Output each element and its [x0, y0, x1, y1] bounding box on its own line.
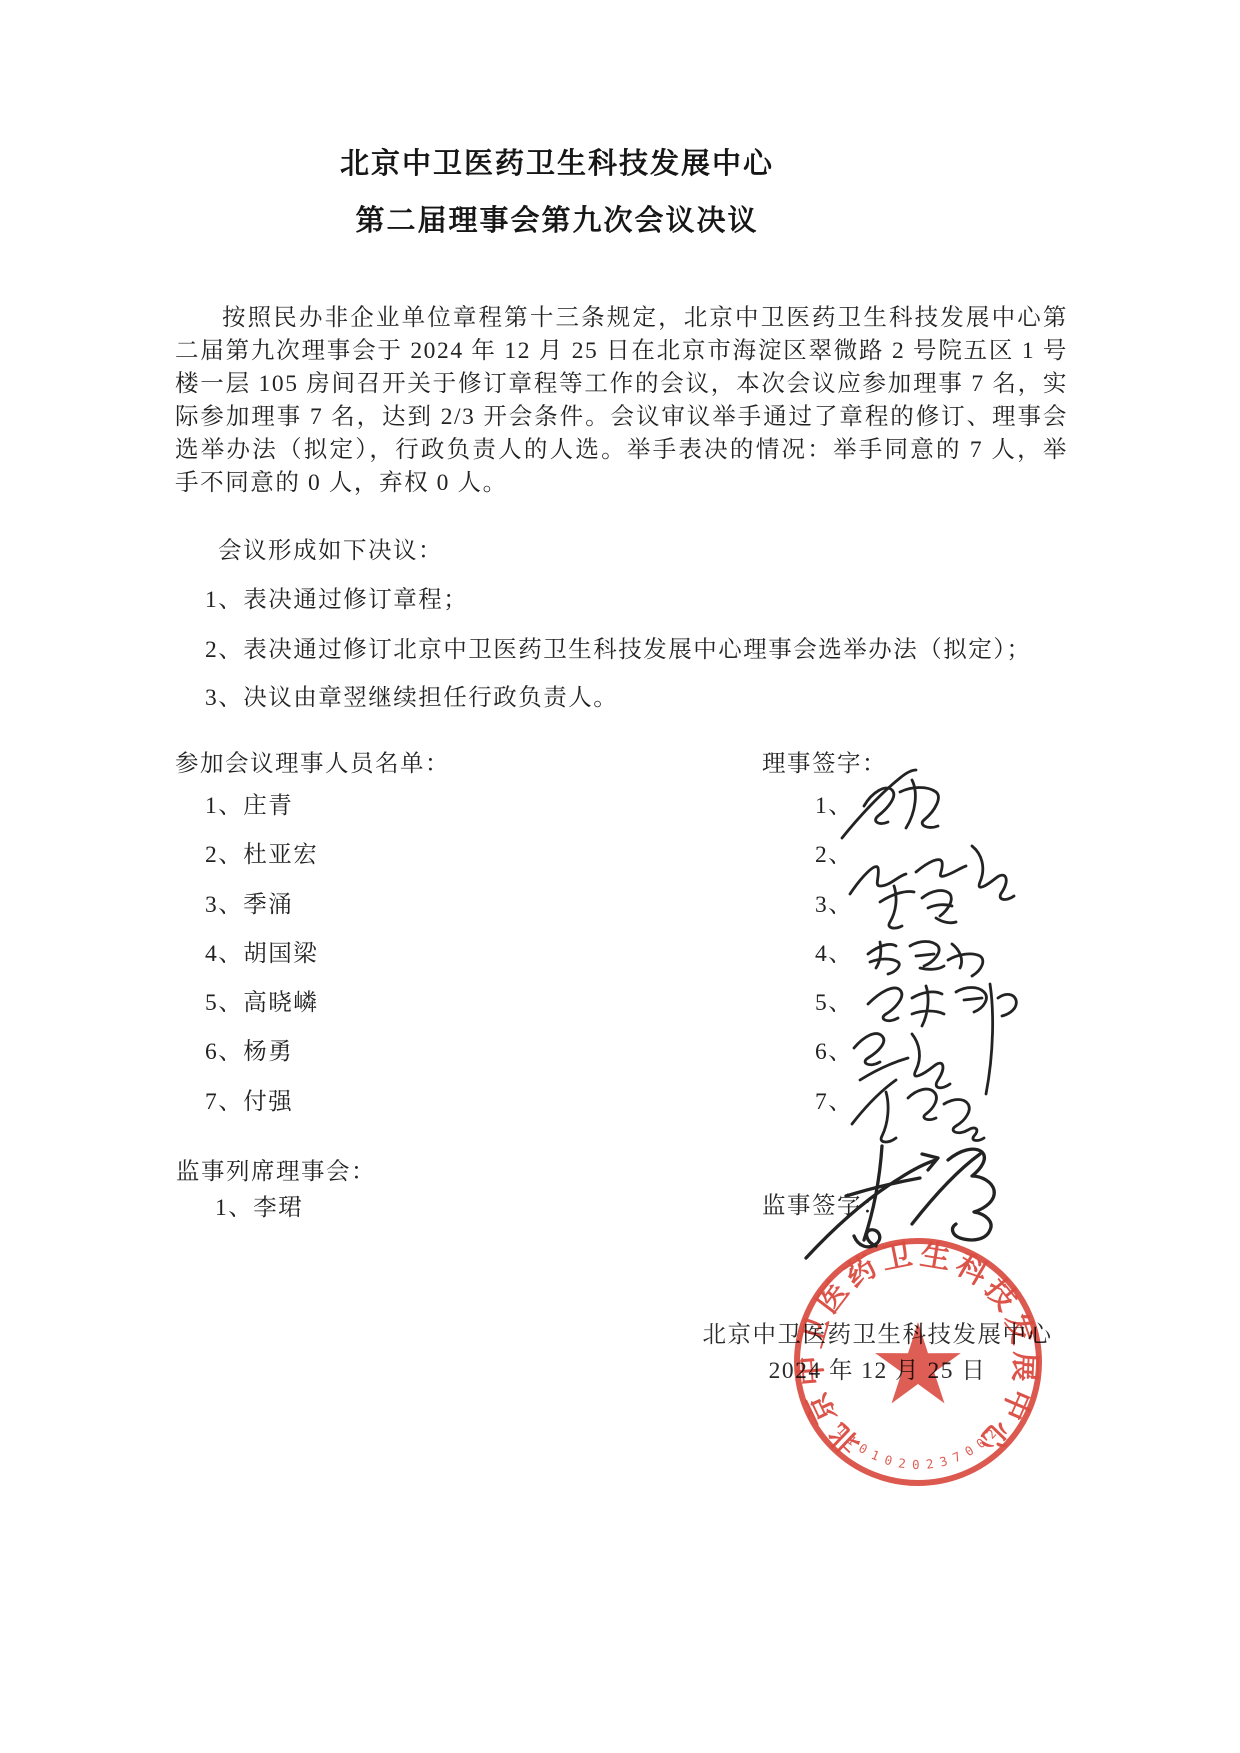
supervisor-item: 1、李珺: [215, 1188, 303, 1222]
signature-director-5: [868, 984, 1016, 1094]
attendee-item: 4、胡国梁: [205, 930, 318, 979]
signature-director-4: [868, 942, 983, 977]
seal-star-icon: [875, 1322, 961, 1403]
resolution-intro: 会议形成如下决议：: [218, 531, 443, 565]
signature-number: 6、: [815, 1028, 853, 1077]
signature-number: 4、: [815, 930, 853, 979]
attendee-item: 2、杜亚宏: [205, 831, 318, 880]
signatures-layer: [0, 0, 1240, 1753]
signature-number: 5、: [815, 979, 853, 1028]
resolution-item-2: 2、表决通过修订北京中卫医药卫生科技发展中心理事会选举办法（拟定）；: [205, 630, 1032, 664]
document-title-line2: 第二届理事会第九次会议决议: [57, 198, 1057, 239]
signature-director-6: [854, 1034, 950, 1088]
signature-number: 2、: [815, 831, 853, 880]
signature-number-list: 1、 2、 3、 4、 5、 6、 7、: [815, 782, 853, 1127]
document-page: 北京中卫医药卫生科技发展中心 第二届理事会第九次会议决议 按照民办非企业单位章程…: [0, 0, 1240, 1753]
signature-director-3: [880, 886, 956, 928]
official-red-seal: 北京中卫医药卫生科技发展中心 1101020237002: [786, 1230, 1050, 1494]
supervisor-heading: 监事列席理事会：: [176, 1152, 376, 1186]
signature-number: 3、: [815, 881, 853, 930]
resolution-item-3: 3、决议由章翌继续担任行政负责人。: [205, 678, 618, 712]
signature-number: 7、: [815, 1078, 853, 1127]
attendee-list: 1、庄青 2、杜亚宏 3、季涌 4、胡国梁 5、高晓嶙 6、杨勇 7、付强: [205, 782, 318, 1127]
attendee-item: 7、付强: [205, 1078, 318, 1127]
signature-director-7: [852, 1080, 984, 1142]
body-paragraph: 按照民办非企业单位章程第十三条规定，北京中卫医药卫生科技发展中心第二届第九次理事…: [175, 302, 1068, 500]
document-title-line1: 北京中卫医药卫生科技发展中心: [57, 141, 1057, 182]
supervisor-sign-heading: 监事签字：: [762, 1186, 887, 1220]
signature-director-2: [850, 846, 1014, 899]
signature-number: 1、: [815, 782, 853, 831]
attendee-item: 5、高晓嶙: [205, 979, 318, 1028]
resolution-item-1: 1、表决通过修订章程；: [205, 580, 468, 614]
signature-director-1: [842, 770, 938, 838]
attendee-item: 3、季涌: [205, 881, 318, 930]
director-sign-heading: 理事签字：: [762, 744, 887, 778]
attendee-item: 6、杨勇: [205, 1028, 318, 1077]
attendee-list-heading: 参加会议理事人员名单：: [175, 744, 450, 778]
attendee-item: 1、庄青: [205, 782, 318, 831]
